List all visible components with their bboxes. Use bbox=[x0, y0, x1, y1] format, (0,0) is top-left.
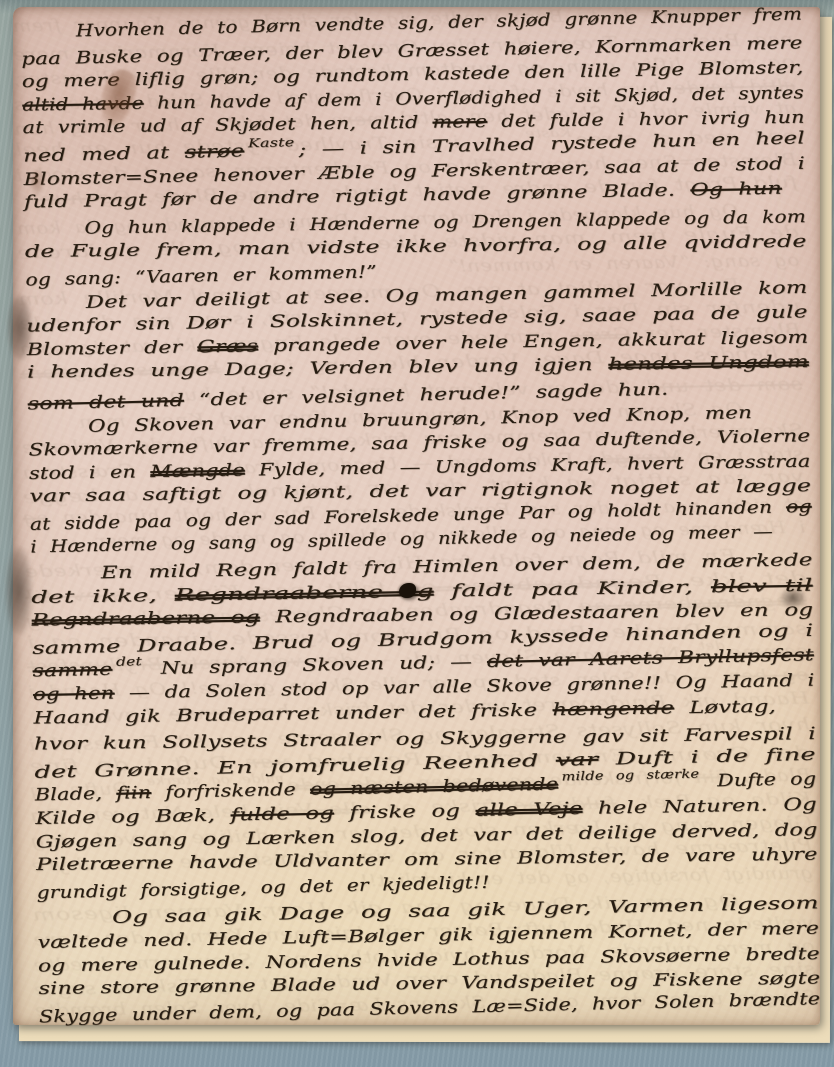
strikethrough-text: hængende bbox=[552, 698, 674, 720]
strikethrough-text: Mængde bbox=[150, 460, 245, 481]
strikethrough-text: og hen bbox=[33, 684, 115, 705]
handwritten-text: og sang: “Vaaren er kommen!” bbox=[25, 262, 377, 290]
handwritten-text: ned med at bbox=[23, 143, 185, 167]
strikethrough-text: samme bbox=[32, 660, 112, 682]
handwritten-text: at vrimle ud af Skjødet hen, altid bbox=[23, 113, 433, 139]
strikethrough-text: var bbox=[556, 750, 599, 771]
strikethrough-text: som det und bbox=[28, 391, 185, 415]
handwritten-text: forfriskende bbox=[151, 780, 310, 803]
handwritten-text: faldt paa Kinder, bbox=[434, 577, 712, 601]
strikethrough-text: blev til bbox=[711, 575, 813, 597]
handwritten-text: Løvtag, bbox=[674, 696, 776, 718]
handwritten-text: det ikke, bbox=[31, 585, 175, 607]
strikethrough-text: fiin bbox=[116, 783, 151, 804]
handwritten-text: Duft i de fine bbox=[598, 745, 816, 770]
handwritten-text: friske og bbox=[334, 801, 476, 824]
inserted-text: det bbox=[116, 655, 142, 670]
strikethrough-text: og næsten bedøvende bbox=[310, 775, 558, 800]
strikethrough-text: mere bbox=[432, 112, 487, 133]
strikethrough-text: Regndraaberne og bbox=[32, 608, 260, 631]
handwritten-text: Dufte og bbox=[703, 770, 817, 792]
strikethrough-text: Og hun bbox=[690, 179, 782, 201]
strikethrough-text: altid havde bbox=[22, 93, 144, 115]
handwriting-text-layer: Hvorhen de to Børn vendte sig, der skjød… bbox=[21, 8, 821, 1031]
inserted-text: milde og stærke bbox=[561, 767, 699, 784]
inserted-text: Kaste bbox=[248, 135, 295, 150]
strikethrough-text: Regndraaberne og bbox=[175, 581, 434, 605]
handwritten-text: Blade, bbox=[35, 784, 117, 806]
strikethrough-text: fulde og bbox=[230, 803, 334, 825]
strikethrough-text: hendes Ungdom bbox=[608, 352, 809, 375]
handwritten-text: hele Naturen. Og bbox=[582, 795, 817, 819]
strikethrough-text: alle Veje bbox=[475, 799, 582, 821]
strikethrough-text: Græs bbox=[197, 336, 258, 357]
handwritten-text: Blomster der bbox=[27, 337, 198, 360]
manuscript-paper: Hvorhen de to Børn vendte sig, der skjød… bbox=[13, 7, 820, 1025]
handwritten-text: Kilde og Bæk, bbox=[35, 805, 231, 829]
handwritten-text: stod i en bbox=[29, 462, 151, 484]
strikethrough-text: og bbox=[786, 497, 812, 518]
strikethrough-text: strøe bbox=[185, 141, 245, 162]
